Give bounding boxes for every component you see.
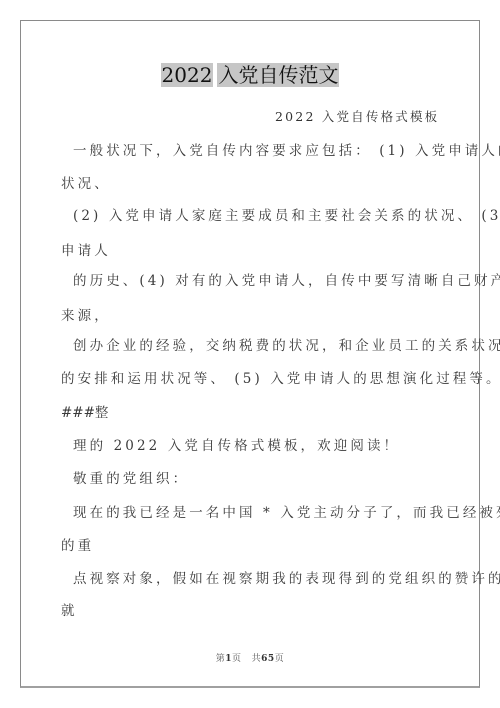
title-year: 2022	[161, 63, 214, 87]
total-suffix: 页	[275, 654, 285, 664]
body-line: 创办企业的经验，交纳税费的状况，和企业员工的关系状况，财产	[73, 337, 500, 355]
page-suffix: 页	[232, 654, 242, 664]
total-pages-number: 65	[261, 654, 275, 664]
body-line: ###整	[61, 404, 108, 422]
body-line: 来源，	[61, 307, 111, 325]
body-line: 一般状况下，入党自传内容要求应包括： (1) 入党申请人的基本	[73, 142, 500, 160]
body-line: 的历史、(4) 对有的入党申请人，自传中要写清晰自己财产的主要	[73, 272, 500, 290]
body-line: 状况、	[61, 175, 111, 193]
body-line: 就	[61, 602, 78, 620]
body-line: 理的 2022 入党自传格式模板，欢迎阅读！	[73, 437, 400, 455]
body-line: 申请人	[61, 242, 111, 260]
document-title: 2022入党自传范文	[21, 63, 479, 87]
page-footer: 第1页 共65页	[21, 653, 479, 665]
document-subtitle: 2022 入党自传格式模板	[275, 108, 439, 126]
body-line: (2) 入党申请人家庭主要成员和主要社会关系的状况、 (3) 入党	[73, 207, 500, 225]
body-line: 现在的我已经是一名中国 * 入党主动分子了，而我已经被列为党	[73, 504, 500, 522]
title-text: 入党自传范文	[217, 63, 339, 87]
body-line: 的安排和运用状况等、 (5) 入党申请人的思想演化过程等。以下是	[61, 370, 500, 388]
page-prefix: 第	[216, 654, 226, 664]
body-line: 敬重的党组织：	[73, 470, 189, 488]
document-page: 2022入党自传范文 2022 入党自传格式模板 一般状况下，入党自传内容要求应…	[20, 20, 480, 688]
total-prefix: 共	[252, 654, 262, 664]
body-line: 的重	[61, 537, 94, 555]
body-line: 点视察对象，假如在视察期我的表现得到的党组织的赞许的话，我	[73, 570, 500, 588]
